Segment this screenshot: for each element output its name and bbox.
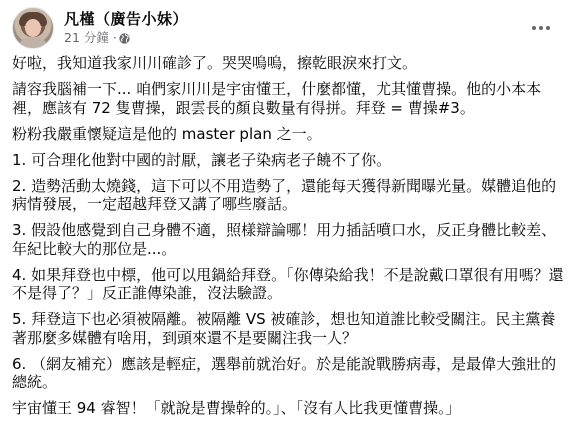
timestamp[interactable]: 21 分鐘 · bbox=[64, 30, 117, 46]
avatar[interactable] bbox=[12, 7, 54, 49]
avatar-shoulder bbox=[17, 37, 49, 49]
avatar-face bbox=[25, 19, 41, 37]
post-paragraph: 5. 拜登這下也必須被隔離。被隔離 VS 被確診，想也知道誰比較受關注。民主黨養… bbox=[12, 310, 568, 347]
more-dots-icon bbox=[532, 26, 536, 30]
post-paragraph: 請容我腦補一下... 咱們家川川是宇宙懂王，什麼都懂，尤其懂曹操。他的小本本裡，… bbox=[12, 80, 568, 117]
post-paragraph: 宇宙懂王 94 睿智！「就說是曹操幹的。」、「沒有人比我更懂曹操。」 bbox=[12, 399, 568, 418]
post-paragraph: 2. 造勢活動太燒錢，這下可以不用造勢了，還能每天獲得新聞曝光量。媒體追他的病情… bbox=[12, 177, 568, 214]
post-paragraph: 1. 可合理化他對中國的討厭，讓老子染病老子饒不了你。 bbox=[12, 151, 568, 170]
timestamp-row: 21 分鐘 · bbox=[64, 30, 188, 46]
post-paragraph: 好啦，我知道我家川川確診了。哭哭嗚嗚，擦乾眼淚來打文。 bbox=[12, 54, 568, 73]
post-paragraph: 6. （網友補充）應該是輕症，選舉前就治好。於是能說戰勝病毒，是最偉大強壯的總統… bbox=[12, 355, 568, 392]
more-options-button[interactable] bbox=[526, 18, 556, 38]
post-meta: 凡槿（廣告小妹） 21 分鐘 · bbox=[64, 10, 188, 46]
post-header: 凡槿（廣告小妹） 21 分鐘 · bbox=[12, 8, 188, 48]
author-name[interactable]: 凡槿（廣告小妹） bbox=[64, 10, 188, 29]
post-body: 好啦，我知道我家川川確診了。哭哭嗚嗚，擦乾眼淚來打文。 請容我腦補一下... 咱… bbox=[12, 54, 568, 425]
facebook-post: 凡槿（廣告小妹） 21 分鐘 · 好啦，我知道我家川川確診了。哭哭嗚嗚，擦乾眼淚… bbox=[0, 0, 580, 435]
post-paragraph: 4. 如果拜登也中標，他可以甩鍋給拜登。「你傳染給我！不是說戴口罩很有用嗎？還不… bbox=[12, 266, 568, 303]
post-paragraph: 粉粉我嚴重懷疑這是他的 master plan 之一。 bbox=[12, 125, 568, 144]
more-dots-icon bbox=[546, 26, 550, 30]
globe-icon bbox=[119, 33, 130, 44]
post-paragraph: 3. 假設他感覺到自己身體不適，照樣辯論哪！用力插話噴口水，反正身體比較差、年紀… bbox=[12, 221, 568, 258]
more-dots-icon bbox=[539, 26, 543, 30]
